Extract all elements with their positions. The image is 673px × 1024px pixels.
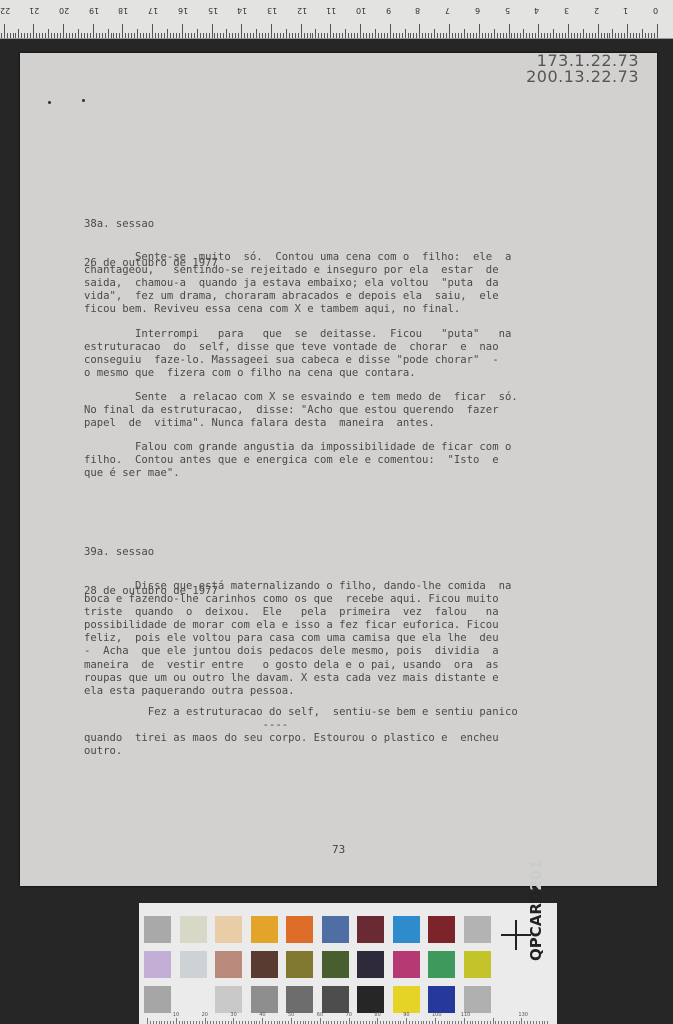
ruler-tick: [345, 29, 346, 38]
color-swatch: [393, 916, 420, 943]
ruler-label: 1: [623, 6, 628, 15]
ruler-tick: [143, 33, 144, 38]
ruler-tick: [598, 24, 599, 38]
ruler-tick: [615, 33, 616, 38]
ruler-tick: [503, 33, 504, 38]
ruler-tick: [146, 33, 147, 38]
session-38-paragraph-3: Sente a relacao com X se esvaindo e tem …: [84, 391, 604, 430]
card-scale-tick: [464, 1018, 465, 1024]
ruler-tick: [13, 33, 14, 38]
ruler-tick: [422, 33, 423, 38]
color-swatch: [322, 916, 349, 943]
color-swatch: [180, 916, 207, 943]
ruler-tick: [188, 33, 189, 38]
ruler-tick: [182, 24, 183, 38]
ruler-tick: [562, 33, 563, 38]
ruler-tick: [232, 33, 233, 38]
ruler-label: 14: [237, 6, 247, 15]
ruler-tick: [595, 33, 596, 38]
ruler-tick: [271, 24, 272, 38]
ruler-tick: [399, 33, 400, 38]
ruler-tick: [265, 33, 266, 38]
ruler-tick: [506, 33, 507, 38]
ruler-label: 13: [267, 6, 277, 15]
ruler-tick: [39, 33, 40, 38]
ruler-tick: [381, 33, 382, 38]
color-swatch: [286, 986, 313, 1013]
ruler-tick: [348, 33, 349, 38]
ruler-tick: [229, 33, 230, 38]
color-swatch: [144, 951, 171, 978]
ruler-tick: [434, 29, 435, 38]
ruler-tick: [318, 33, 319, 38]
ruler-tick: [158, 33, 159, 38]
card-scale-tick: [205, 1018, 206, 1024]
ruler-tick: [369, 33, 370, 38]
ruler-tick: [627, 24, 628, 38]
ruler-tick: [333, 33, 334, 38]
ruler-tick: [538, 24, 539, 38]
card-scale-label: 130: [518, 1012, 528, 1018]
ruler-tick: [27, 33, 28, 38]
color-swatch: [251, 916, 278, 943]
session-38-paragraph-1: Sente-se muito só. Contou uma cena com o…: [84, 251, 604, 316]
ruler-tick: [363, 33, 364, 38]
color-swatch: [180, 986, 207, 1013]
ruler-tick: [173, 33, 174, 38]
ruler-tick: [128, 33, 129, 38]
ruler-tick: [357, 33, 358, 38]
card-scale-tick: [262, 1018, 263, 1024]
card-model: 201: [527, 859, 545, 890]
ruler-tick: [116, 33, 117, 38]
ruler-label: 4: [534, 6, 539, 15]
ruler-label: 8: [415, 6, 420, 15]
ruler-tick: [167, 29, 168, 38]
ruler-tick: [571, 33, 572, 38]
ruler-tick: [452, 33, 453, 38]
ruler-tick: [21, 33, 22, 38]
ruler-tick: [99, 33, 100, 38]
ruler-tick: [241, 24, 242, 38]
card-scale-tick: [377, 1018, 378, 1024]
ruler-tick: [51, 33, 52, 38]
ruler-tick: [212, 24, 213, 38]
ruler-label: 5: [505, 6, 510, 15]
ruler-tick: [378, 33, 379, 38]
ruler-tick: [140, 33, 141, 38]
ruler-tick: [618, 33, 619, 38]
ruler-tick: [152, 24, 153, 38]
measurement-ruler: 012345678910111213141516171819202122: [0, 0, 673, 39]
ruler-tick: [443, 33, 444, 38]
session-39-title: 39a. sessao: [84, 546, 218, 559]
color-swatch: [144, 916, 171, 943]
color-swatch: [357, 916, 384, 943]
ruler-tick: [645, 33, 646, 38]
card-scale-label: 110: [461, 1012, 471, 1018]
ruler-tick: [464, 29, 465, 38]
color-swatch: [428, 951, 455, 978]
ruler-tick: [351, 33, 352, 38]
ruler-tick: [559, 33, 560, 38]
ruler-tick: [108, 29, 109, 38]
ruler-tick: [580, 33, 581, 38]
ruler-tick: [488, 33, 489, 38]
ruler-tick: [131, 33, 132, 38]
ruler-tick: [283, 33, 284, 38]
ruler-tick: [324, 33, 325, 38]
color-swatch: [393, 986, 420, 1013]
ruler-tick: [583, 29, 584, 38]
ruler-tick: [235, 33, 236, 38]
ruler-tick: [18, 29, 19, 38]
ruler-tick: [176, 33, 177, 38]
ruler-label: 11: [326, 6, 336, 15]
ruler-label: 18: [118, 6, 128, 15]
ruler-label: 15: [208, 6, 218, 15]
ruler-tick: [298, 33, 299, 38]
ruler-tick: [405, 29, 406, 38]
card-scale-label: 100: [432, 1012, 442, 1018]
ruler-tick: [639, 33, 640, 38]
ruler-tick: [286, 29, 287, 38]
ruler-tick: [54, 33, 55, 38]
ruler-tick: [119, 33, 120, 38]
ruler-tick: [565, 33, 566, 38]
ruler-tick: [102, 33, 103, 38]
ruler-tick: [413, 33, 414, 38]
ruler-tick: [223, 33, 224, 38]
ruler-tick: [437, 33, 438, 38]
color-swatch: [144, 986, 171, 1013]
ruler-tick: [161, 33, 162, 38]
ruler-tick: [568, 24, 569, 38]
ruler-label: 17: [148, 6, 158, 15]
ruler-tick: [155, 33, 156, 38]
ruler-label: 9: [386, 6, 391, 15]
ruler-tick: [500, 33, 501, 38]
ruler-tick: [268, 33, 269, 38]
ruler-tick: [134, 33, 135, 38]
ruler-tick: [556, 33, 557, 38]
ruler-tick: [574, 33, 575, 38]
ruler-tick: [10, 33, 11, 38]
card-brand: QPCARD201: [527, 859, 545, 961]
ruler-tick: [292, 33, 293, 38]
ruler-tick: [455, 33, 456, 38]
ruler-tick: [601, 33, 602, 38]
card-scale-tick: [233, 1018, 234, 1024]
ruler-tick: [87, 33, 88, 38]
ruler-tick: [408, 33, 409, 38]
ruler-tick: [250, 33, 251, 38]
color-swatch: [428, 986, 455, 1013]
ruler-tick: [274, 33, 275, 38]
ruler-tick: [633, 33, 634, 38]
ruler-tick: [440, 33, 441, 38]
ruler-tick: [473, 33, 474, 38]
ruler-label: 6: [475, 6, 480, 15]
ruler-tick: [113, 33, 114, 38]
card-scale-tick: [291, 1018, 292, 1024]
ruler-tick: [149, 33, 150, 38]
ruler-tick: [354, 33, 355, 38]
color-swatch: [322, 986, 349, 1013]
ruler-tick: [93, 24, 94, 38]
ruler-tick: [63, 24, 64, 38]
ruler-tick: [209, 33, 210, 38]
color-swatch: [286, 951, 313, 978]
ruler-tick: [509, 24, 510, 38]
ruler-tick: [654, 33, 655, 38]
ruler-tick: [330, 24, 331, 38]
ruler-tick: [387, 33, 388, 38]
ruler-tick: [226, 29, 227, 38]
ruler-tick: [592, 33, 593, 38]
ruler-tick: [630, 33, 631, 38]
color-swatch: [215, 916, 242, 943]
ruler-tick: [185, 33, 186, 38]
ruler-tick: [327, 33, 328, 38]
ruler-tick: [446, 33, 447, 38]
ruler-tick: [428, 33, 429, 38]
session-38-title: 38a. sessao: [84, 218, 218, 231]
ruler-tick: [57, 33, 58, 38]
card-scale-tick: [521, 1018, 522, 1024]
ruler-tick: [485, 33, 486, 38]
ruler-tick: [203, 33, 204, 38]
ruler-tick: [621, 33, 622, 38]
ruler-tick: [60, 33, 61, 38]
ruler-tick: [589, 33, 590, 38]
ruler-tick: [547, 33, 548, 38]
ruler-tick: [657, 24, 658, 38]
ruler-tick: [220, 33, 221, 38]
ruler-tick: [194, 33, 195, 38]
ruler-tick: [497, 33, 498, 38]
ruler-tick: [191, 33, 192, 38]
ruler-tick: [69, 33, 70, 38]
ruler-tick: [137, 29, 138, 38]
ruler-tick: [541, 33, 542, 38]
ruler-tick: [280, 33, 281, 38]
ruler-tick: [393, 33, 394, 38]
session-38-paragraph-2: Interrompi para que se deitasse. Ficou "…: [84, 328, 604, 380]
ruler-label: 12: [297, 6, 307, 15]
ruler-tick: [42, 33, 43, 38]
ruler-tick: [259, 33, 260, 38]
ruler-tick: [553, 29, 554, 38]
ruler-tick: [72, 33, 73, 38]
ruler-tick: [312, 33, 313, 38]
reference-code-2: 200.13.22.73: [526, 69, 639, 85]
ruler-tick: [310, 33, 311, 38]
session-38-paragraph-4: Falou com grande angustia da impossibili…: [84, 441, 604, 480]
ruler-tick: [366, 33, 367, 38]
ruler-tick: [90, 33, 91, 38]
ruler-tick: [458, 33, 459, 38]
ruler-tick: [15, 33, 16, 38]
ruler-tick: [244, 33, 245, 38]
ruler-tick: [607, 33, 608, 38]
ruler-tick: [78, 29, 79, 38]
ruler-tick: [523, 29, 524, 38]
ruler-tick: [289, 33, 290, 38]
ruler-tick: [301, 24, 302, 38]
ruler-tick: [396, 33, 397, 38]
ruler-tick: [125, 33, 126, 38]
ruler-tick: [1, 33, 2, 38]
ruler-tick: [321, 33, 322, 38]
ruler-tick: [431, 33, 432, 38]
ruler-tick: [7, 33, 8, 38]
ruler-tick: [612, 29, 613, 38]
ruler-label: 16: [178, 6, 188, 15]
ruler-tick: [482, 33, 483, 38]
ruler-tick: [532, 33, 533, 38]
ruler-tick: [419, 24, 420, 38]
ruler-tick: [30, 33, 31, 38]
ruler-tick: [526, 33, 527, 38]
ruler-tick: [609, 33, 610, 38]
ruler-tick: [307, 33, 308, 38]
page-number: 73: [332, 843, 345, 856]
ruler-tick: [517, 33, 518, 38]
ruler-tick: [45, 33, 46, 38]
card-scale-tick: [147, 1018, 148, 1024]
ruler-tick: [48, 29, 49, 38]
ruler-tick: [470, 33, 471, 38]
color-swatch: [428, 916, 455, 943]
ruler-tick: [339, 33, 340, 38]
color-swatch: [464, 951, 491, 978]
ruler-tick: [262, 33, 263, 38]
ruler-label: 10: [356, 6, 366, 15]
ruler-tick: [81, 33, 82, 38]
color-swatch: [215, 986, 242, 1013]
card-scale-tick: [349, 1018, 350, 1024]
ruler-tick: [111, 33, 112, 38]
card-scale-tick: [320, 1018, 321, 1024]
ruler-tick: [642, 29, 643, 38]
ruler-tick: [179, 33, 180, 38]
ruler-tick: [295, 33, 296, 38]
ruler-tick: [511, 33, 512, 38]
ruler-tick: [217, 33, 218, 38]
ruler-tick: [636, 33, 637, 38]
ruler-tick: [520, 33, 521, 38]
ruler-label: 21: [29, 6, 39, 15]
session-39-paragraph-1: Disse que está maternalizando o filho, d…: [84, 580, 604, 698]
ruler-tick: [33, 24, 34, 38]
color-calibration-card: QPCARD201 102030405060708090100110130: [139, 903, 557, 1024]
ruler-tick: [105, 33, 106, 38]
ruler-tick: [247, 33, 248, 38]
ruler-label: 2: [594, 6, 599, 15]
session-39-paragraph-2: Fez a estruturacao do self, sentiu-se be…: [84, 706, 604, 758]
ruler-tick: [36, 33, 37, 38]
ruler-tick: [384, 33, 385, 38]
ruler-label: 20: [59, 6, 69, 15]
color-swatch: [286, 916, 313, 943]
ruler-tick: [449, 24, 450, 38]
card-scale-tick: [406, 1018, 407, 1024]
color-swatch: [464, 916, 491, 943]
ruler-tick: [206, 33, 207, 38]
ruler-tick: [84, 33, 85, 38]
ruler-tick: [651, 33, 652, 38]
ruler-tick: [253, 33, 254, 38]
ruler-tick: [4, 24, 5, 38]
paper-speck: [48, 101, 51, 104]
ruler-tick: [214, 33, 215, 38]
ruler-label: 22: [0, 6, 10, 15]
card-scale-tick: [435, 1018, 436, 1024]
ruler-label: 3: [564, 6, 569, 15]
color-swatch: [464, 986, 491, 1013]
ruler-tick: [586, 33, 587, 38]
document-page: 173.1.22.73 200.13.22.73 38a. sessao 26 …: [20, 53, 657, 886]
ruler-tick: [170, 33, 171, 38]
ruler-tick: [164, 33, 165, 38]
ruler-tick: [304, 33, 305, 38]
color-swatch: [357, 951, 384, 978]
card-scale-tick: [493, 1018, 494, 1024]
ruler-tick: [514, 33, 515, 38]
ruler-label: 7: [445, 6, 450, 15]
card-scale: 102030405060708090100110130: [139, 1012, 557, 1024]
ruler-tick: [461, 33, 462, 38]
ruler-tick: [390, 24, 391, 38]
ruler-tick: [372, 33, 373, 38]
ruler-tick: [256, 29, 257, 38]
ruler-label: 19: [89, 6, 99, 15]
ruler-tick: [66, 33, 67, 38]
ruler-tick: [336, 33, 337, 38]
ruler-tick: [75, 33, 76, 38]
ruler-tick: [416, 33, 417, 38]
ruler-tick: [238, 33, 239, 38]
ruler-tick: [410, 33, 411, 38]
ruler-label: 0: [653, 6, 658, 15]
ruler-tick: [479, 24, 480, 38]
ruler-tick: [360, 24, 361, 38]
ruler-tick: [624, 33, 625, 38]
ruler-tick: [342, 33, 343, 38]
card-brand-name: QPCARD: [527, 891, 545, 961]
ruler-tick: [491, 33, 492, 38]
ruler-tick: [604, 33, 605, 38]
ruler-tick: [375, 29, 376, 38]
ruler-tick: [476, 33, 477, 38]
ruler-tick: [197, 29, 198, 38]
reference-codes: 173.1.22.73 200.13.22.73: [526, 53, 639, 85]
color-swatch: [215, 951, 242, 978]
color-swatch: [393, 951, 420, 978]
ruler-tick: [277, 33, 278, 38]
ruler-tick: [535, 33, 536, 38]
color-swatch: [251, 986, 278, 1013]
ruler-tick: [315, 29, 316, 38]
ruler-tick: [529, 33, 530, 38]
ruler-tick: [200, 33, 201, 38]
ruler-tick: [402, 33, 403, 38]
ruler-tick: [544, 33, 545, 38]
card-scale-tick: [176, 1018, 177, 1024]
color-swatch: [180, 951, 207, 978]
ruler-tick: [577, 33, 578, 38]
